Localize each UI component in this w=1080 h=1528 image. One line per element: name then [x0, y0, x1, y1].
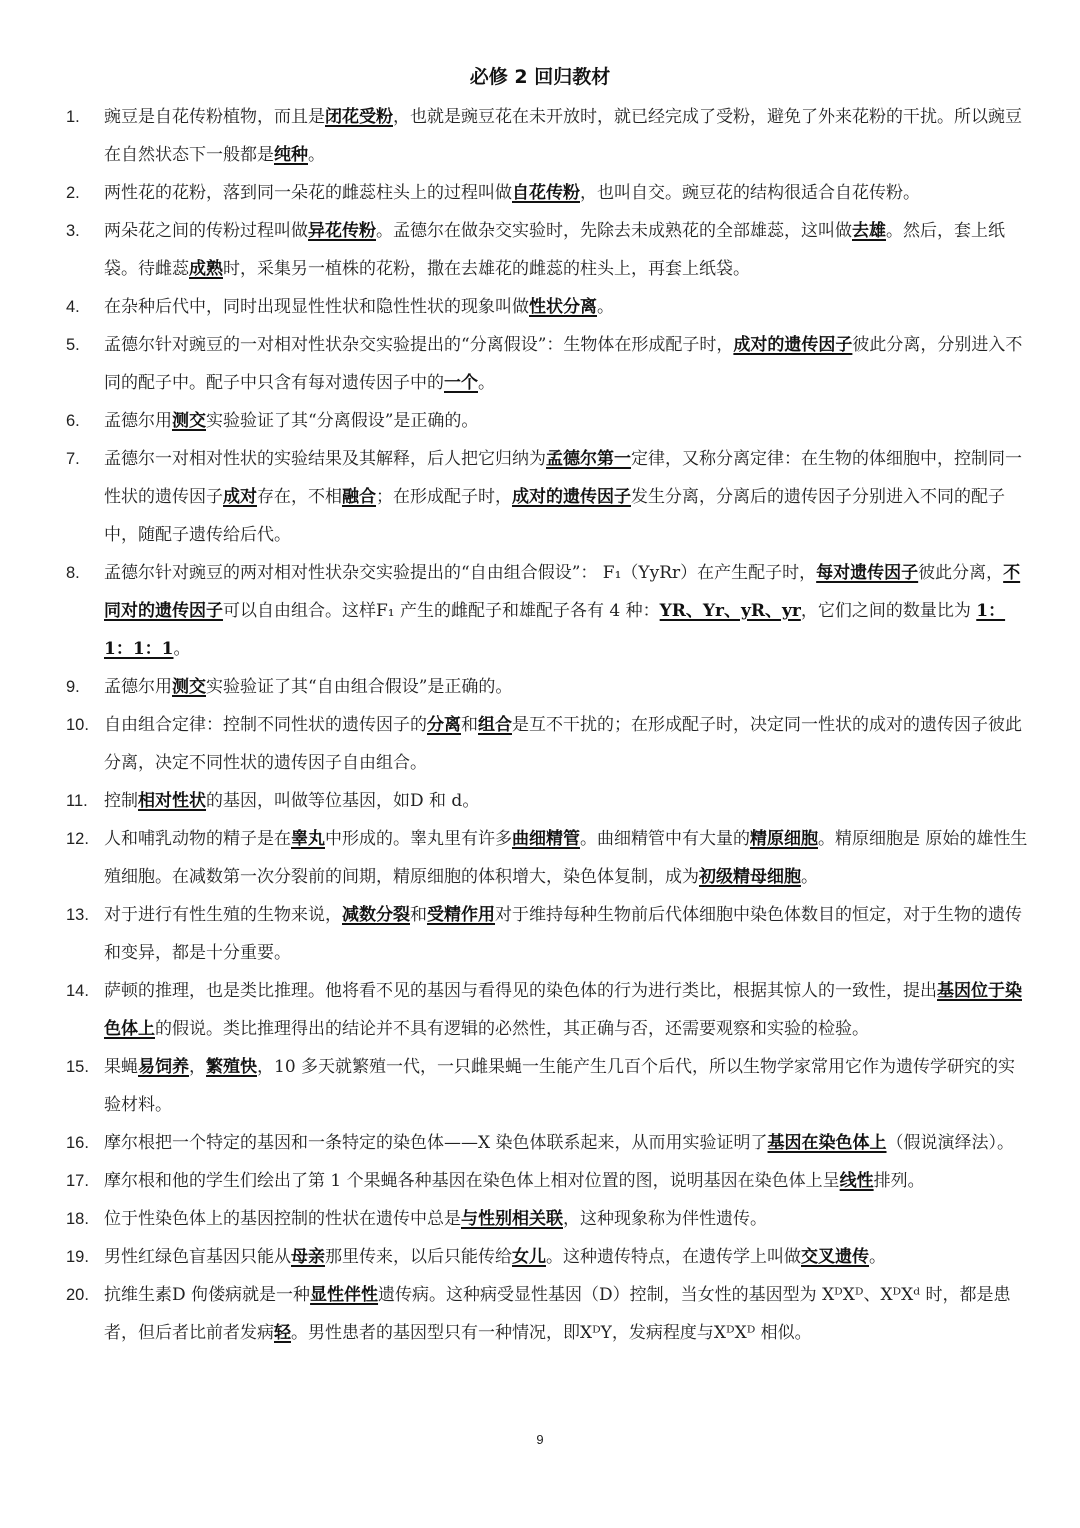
- text-run: 。曲细精管中有大量的: [580, 829, 750, 849]
- keyword-highlight: 测交: [172, 411, 206, 431]
- list-item: 17.摩尔根和他的学生们绘出了第 1 个果蝇各种基因在染色体上相对位置的图，说明…: [0, 1162, 1080, 1200]
- text-run: 和: [461, 715, 478, 735]
- list-item: 13.对于进行有性生殖的生物来说，减数分裂和受精作用对于维持每种生物前后代体细胞…: [0, 896, 1080, 972]
- list-item-number: 16.: [66, 1124, 89, 1162]
- keyword-highlight: 闭花受粉: [325, 107, 393, 127]
- list-item: 5.孟德尔针对豌豆的一对相对性状杂交实验提出的“分离假设”：生物体在形成配子时，…: [0, 326, 1080, 402]
- text-run: 。: [308, 145, 325, 165]
- list-item-number: 15.: [66, 1048, 89, 1086]
- text-run: 在杂种后代中，同时出现显性性状和隐性性状的现象叫做: [104, 297, 529, 317]
- keyword-highlight: 分离: [427, 715, 461, 735]
- list-item: 4.在杂种后代中，同时出现显性性状和隐性性状的现象叫做性状分离。: [0, 288, 1080, 326]
- text-run: 孟德尔针对豌豆的两对相对性状杂交实验提出的“自由组合假设”： F₁（YyRr）在…: [104, 563, 816, 583]
- list-item-number: 6.: [66, 402, 80, 440]
- keyword-highlight: 与性别相关联: [461, 1209, 563, 1229]
- text-run: 可以自由组合。这样F₁ 产生的雌配子和雄配子各有 4 种：: [223, 601, 660, 621]
- keyword-highlight: 成对: [223, 487, 257, 507]
- text-run: 的假说。类比推理得出的结论并不具有逻辑的必然性，其正确与否，还需要观察和实验的检…: [155, 1019, 869, 1039]
- list-item-number: 8.: [66, 554, 80, 592]
- text-run: 排列。: [874, 1171, 925, 1191]
- text-run: 的基因，叫做等位基因，如D 和 d。: [206, 791, 479, 811]
- text-run: ，: [189, 1057, 206, 1077]
- list-item-number: 4.: [66, 288, 80, 326]
- keyword-highlight: 女儿: [512, 1247, 546, 1267]
- list-item-number: 10.: [66, 706, 89, 744]
- keyword-highlight: 性状分离: [529, 297, 597, 317]
- text-run: 自由组合定律：控制不同性状的遗传因子的: [104, 715, 427, 735]
- keyword-highlight: 每对遗传因子: [816, 563, 918, 583]
- text-run: 孟德尔针对豌豆的一对相对性状杂交实验提出的“分离假设”：生物体在形成配子时，: [104, 335, 733, 355]
- list-item-text: 果蝇易饲养，繁殖快，10 多天就繁殖一代，一只雌果蝇一生能产生几百个后代，所以生…: [104, 1057, 1015, 1115]
- text-run: 摩尔根和他的学生们绘出了第 1 个果蝇各种基因在染色体上相对位置的图，说明基因在…: [104, 1171, 840, 1191]
- text-run: 摩尔根把一个特定的基因和一条特定的染色体——X 染色体联系起来，从而用实验证明了: [104, 1133, 768, 1153]
- list-item-text: 两朵花之间的传粉过程叫做异花传粉。孟德尔在做杂交实验时，先除去未成熟花的全部雄蕊…: [104, 221, 1005, 279]
- list-item: 1.豌豆是自花传粉植物，而且是闭花受粉，也就是豌豆花在未开放时，就已经完成了受粉…: [0, 98, 1080, 174]
- text-run: 控制: [104, 791, 138, 811]
- list-item-text: 抗维生素D 佝偻病就是一种显性伴性遗传病。这种病受显性基因（D）控制，当女性的基…: [104, 1285, 1010, 1343]
- list-item-text: 孟德尔一对相对性状的实验结果及其解释，后人把它归纳为孟德尔第一定律，又称分离定律…: [104, 449, 1022, 545]
- text-run: ，这种现象称为伴性遗传。: [563, 1209, 767, 1229]
- text-run: 。: [478, 373, 495, 393]
- text-run: 男性红绿色盲基因只能从: [104, 1247, 291, 1267]
- list-item-number: 20.: [66, 1276, 89, 1314]
- keyword-highlight: 线性: [840, 1171, 874, 1191]
- page-number: 9: [0, 1432, 1080, 1447]
- keyword-highlight: 繁殖快: [206, 1057, 257, 1077]
- keyword-highlight: 轻: [274, 1323, 291, 1343]
- keyword-highlight: 精原细胞: [750, 829, 818, 849]
- keyword-highlight: 交叉遗传: [801, 1247, 869, 1267]
- page-title: 必修 2 回归教材: [0, 62, 1080, 89]
- list-item: 8.孟德尔针对豌豆的两对相对性状杂交实验提出的“自由组合假设”： F₁（YyRr…: [0, 554, 1080, 668]
- keyword-highlight: 组合: [478, 715, 512, 735]
- list-item-text: 摩尔根把一个特定的基因和一条特定的染色体——X 染色体联系起来，从而用实验证明了…: [104, 1133, 1014, 1153]
- text-run: 。这种遗传特点，在遗传学上叫做: [546, 1247, 801, 1267]
- list-item: 3.两朵花之间的传粉过程叫做异花传粉。孟德尔在做杂交实验时，先除去未成熟花的全部…: [0, 212, 1080, 288]
- keyword-highlight: 融合: [342, 487, 376, 507]
- text-run: 对于进行有性生殖的生物来说，: [104, 905, 342, 925]
- text-run: 位于性染色体上的基因控制的性状在遗传中总是: [104, 1209, 461, 1229]
- text-run: 萨顿的推理，也是类比推理。他将看不见的基因与看得见的染色体的行为进行类比，根据其…: [104, 981, 937, 1001]
- text-run: 那里传来，以后只能传给: [325, 1247, 512, 1267]
- list-item-number: 1.: [66, 98, 80, 136]
- list-item-text: 孟德尔针对豌豆的两对相对性状杂交实验提出的“自由组合假设”： F₁（YyRr）在…: [104, 563, 1020, 659]
- list-item-text: 两性花的花粉，落到同一朵花的雌蕊柱头上的过程叫做自花传粉，也叫自交。豌豆花的结构…: [104, 183, 920, 203]
- text-run: 和: [410, 905, 427, 925]
- list-item: 14.萨顿的推理，也是类比推理。他将看不见的基因与看得见的染色体的行为进行类比，…: [0, 972, 1080, 1048]
- list-item-number: 19.: [66, 1238, 89, 1276]
- text-run: 抗维生素D 佝偻病就是一种: [104, 1285, 310, 1305]
- list-item-text: 孟德尔用测交实验验证了其“自由组合假设”是正确的。: [104, 677, 512, 697]
- keyword-highlight: 孟德尔第一: [546, 449, 631, 469]
- list-item-number: 18.: [66, 1200, 89, 1238]
- list-item: 15.果蝇易饲养，繁殖快，10 多天就繁殖一代，一只雌果蝇一生能产生几百个后代，…: [0, 1048, 1080, 1124]
- list-item-number: 17.: [66, 1162, 89, 1200]
- list-item: 7.孟德尔一对相对性状的实验结果及其解释，后人把它归纳为孟德尔第一定律，又称分离…: [0, 440, 1080, 554]
- keyword-highlight: 初级精母细胞: [699, 867, 801, 887]
- list-item-text: 在杂种后代中，同时出现显性性状和隐性性状的现象叫做性状分离。: [104, 297, 614, 317]
- keyword-highlight: 自花传粉: [512, 183, 580, 203]
- keyword-highlight: 睾丸: [291, 829, 325, 849]
- list-item-number: 3.: [66, 212, 80, 250]
- list-item: 6.孟德尔用测交实验验证了其“分离假设”是正确的。: [0, 402, 1080, 440]
- keyword-highlight: 减数分裂: [342, 905, 410, 925]
- text-run: ，它们之间的数量比为: [801, 601, 976, 621]
- list-item: 11.控制相对性状的基因，叫做等位基因，如D 和 d。: [0, 782, 1080, 820]
- text-run: ；在形成配子时，: [376, 487, 512, 507]
- text-run: 。: [174, 639, 191, 659]
- keyword-highlight: 基因在染色体上: [768, 1133, 887, 1153]
- list-item-number: 5.: [66, 326, 80, 364]
- keyword-highlight: 成熟: [189, 259, 223, 279]
- text-run: 实验验证了其“分离假设”是正确的。: [206, 411, 478, 431]
- list-item-text: 豌豆是自花传粉植物，而且是闭花受粉，也就是豌豆花在未开放时，就已经完成了受粉，避…: [104, 107, 1022, 165]
- keyword-highlight: 异花传粉: [308, 221, 376, 241]
- text-run: 孟德尔一对相对性状的实验结果及其解释，后人把它归纳为: [104, 449, 546, 469]
- list-item-text: 摩尔根和他的学生们绘出了第 1 个果蝇各种基因在染色体上相对位置的图，说明基因在…: [104, 1171, 925, 1191]
- keyword-highlight: YR、Yr、yR、yr: [660, 601, 801, 621]
- list-item-text: 控制相对性状的基因，叫做等位基因，如D 和 d。: [104, 791, 479, 811]
- keyword-highlight: 受精作用: [427, 905, 495, 925]
- list-item-text: 男性红绿色盲基因只能从母亲那里传来，以后只能传给女儿。这种遗传特点，在遗传学上叫…: [104, 1247, 886, 1267]
- list-item-number: 12.: [66, 820, 89, 858]
- keyword-highlight: 去雄: [852, 221, 886, 241]
- list-item-text: 位于性染色体上的基因控制的性状在遗传中总是与性别相关联，这种现象称为伴性遗传。: [104, 1209, 767, 1229]
- list-item-number: 7.: [66, 440, 80, 478]
- text-run: 实验验证了其“自由组合假设”是正确的。: [206, 677, 512, 697]
- list-item: 2.两性花的花粉，落到同一朵花的雌蕊柱头上的过程叫做自花传粉，也叫自交。豌豆花的…: [0, 174, 1080, 212]
- list-item-number: 2.: [66, 174, 80, 212]
- list-item-number: 14.: [66, 972, 89, 1010]
- list-item-text: 对于进行有性生殖的生物来说，减数分裂和受精作用对于维持每种生物前后代体细胞中染色…: [104, 905, 1022, 963]
- list-item: 16.摩尔根把一个特定的基因和一条特定的染色体——X 染色体联系起来，从而用实验…: [0, 1124, 1080, 1162]
- text-run: 彼此分离，: [918, 563, 1003, 583]
- text-run: 。: [869, 1247, 886, 1267]
- list-item: 19.男性红绿色盲基因只能从母亲那里传来，以后只能传给女儿。这种遗传特点，在遗传…: [0, 1238, 1080, 1276]
- list-item: 12.人和哺乳动物的精子是在睾丸中形成的。睾丸里有许多曲细精管。曲细精管中有大量…: [0, 820, 1080, 896]
- text-run: 。男性患者的基因型只有一种情况，即XᴰY，发病程度与XᴰXᴰ 相似。: [291, 1323, 812, 1343]
- text-run: 两朵花之间的传粉过程叫做: [104, 221, 308, 241]
- text-run: 中形成的。睾丸里有许多: [325, 829, 512, 849]
- list-item: 10.自由组合定律：控制不同性状的遗传因子的分离和组合是互不干扰的；在形成配子时…: [0, 706, 1080, 782]
- text-run: 存在，不相: [257, 487, 342, 507]
- list-item-number: 13.: [66, 896, 89, 934]
- keyword-highlight: 曲细精管: [512, 829, 580, 849]
- text-run: 。: [597, 297, 614, 317]
- text-run: 两性花的花粉，落到同一朵花的雌蕊柱头上的过程叫做: [104, 183, 512, 203]
- text-run: 孟德尔用: [104, 411, 172, 431]
- text-run: 果蝇: [104, 1057, 138, 1077]
- list-item-text: 萨顿的推理，也是类比推理。他将看不见的基因与看得见的染色体的行为进行类比，根据其…: [104, 981, 1022, 1039]
- list-item-text: 自由组合定律：控制不同性状的遗传因子的分离和组合是互不干扰的；在形成配子时，决定…: [104, 715, 1022, 773]
- text-run: （假说演绎法）。: [887, 1133, 1015, 1153]
- list-item: 9.孟德尔用测交实验验证了其“自由组合假设”是正确的。: [0, 668, 1080, 706]
- keyword-highlight: 相对性状: [138, 791, 206, 811]
- text-run: 人和哺乳动物的精子是在: [104, 829, 291, 849]
- text-run: 。孟德尔在做杂交实验时，先除去未成熟花的全部雄蕊，这叫做: [376, 221, 852, 241]
- numbered-list: 1.豌豆是自花传粉植物，而且是闭花受粉，也就是豌豆花在未开放时，就已经完成了受粉…: [0, 98, 1080, 1352]
- list-item-text: 人和哺乳动物的精子是在睾丸中形成的。睾丸里有许多曲细精管。曲细精管中有大量的精原…: [104, 829, 1027, 887]
- keyword-highlight: 母亲: [291, 1247, 325, 1267]
- text-run: ，也叫自交。豌豆花的结构很适合自花传粉。: [580, 183, 920, 203]
- list-item-number: 9.: [66, 668, 80, 706]
- keyword-highlight: 成对的遗传因子: [512, 487, 631, 507]
- keyword-highlight: 测交: [172, 677, 206, 697]
- text-run: 豌豆是自花传粉植物，而且是: [104, 107, 325, 127]
- text-run: 孟德尔用: [104, 677, 172, 697]
- list-item-text: 孟德尔用测交实验验证了其“分离假设”是正确的。: [104, 411, 478, 431]
- keyword-highlight: 纯种: [274, 145, 308, 165]
- text-run: 时，采集另一植株的花粉，撒在去雄花的雌蕊的柱头上，再套上纸袋。: [223, 259, 750, 279]
- text-run: 。: [801, 867, 818, 887]
- list-item-text: 孟德尔针对豌豆的一对相对性状杂交实验提出的“分离假设”：生物体在形成配子时，成对…: [104, 335, 1022, 393]
- list-item: 20.抗维生素D 佝偻病就是一种显性伴性遗传病。这种病受显性基因（D）控制，当女…: [0, 1276, 1080, 1352]
- list-item: 18.位于性染色体上的基因控制的性状在遗传中总是与性别相关联，这种现象称为伴性遗…: [0, 1200, 1080, 1238]
- keyword-highlight: 显性伴性: [310, 1285, 378, 1305]
- document-page: 必修 2 回归教材 1.豌豆是自花传粉植物，而且是闭花受粉，也就是豌豆花在未开放…: [0, 0, 1080, 1528]
- list-item-number: 11.: [66, 782, 88, 820]
- keyword-highlight: 易饲养: [138, 1057, 189, 1077]
- keyword-highlight: 一个: [444, 373, 478, 393]
- keyword-highlight: 成对的遗传因子: [733, 335, 852, 355]
